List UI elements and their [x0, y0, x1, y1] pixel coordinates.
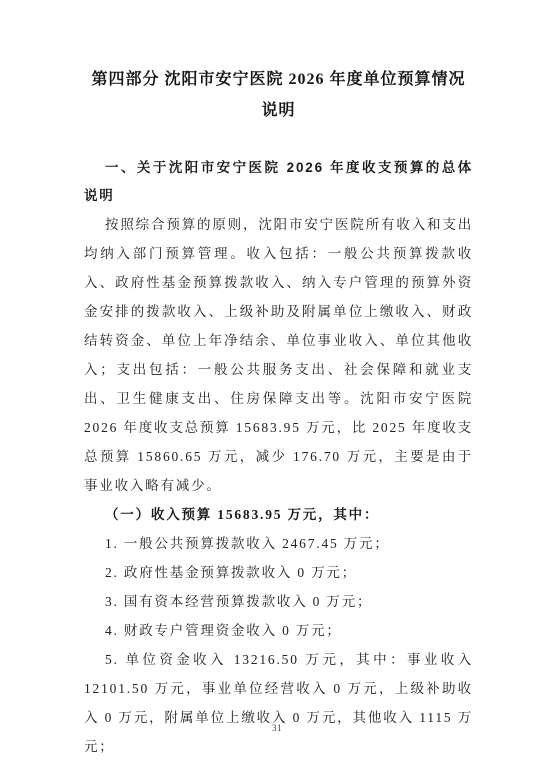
document-page: 第四部分 沈阳市安宁医院 2026 年度单位预算情况说明 一、关于沈阳市安宁医院…	[0, 0, 554, 783]
page-title: 第四部分 沈阳市安宁医院 2026 年度单位预算情况说明	[84, 64, 473, 126]
income-budget-subheading: （一）收入预算 15683.95 万元，其中：	[84, 500, 473, 529]
overview-paragraph: 按照综合预算的原则，沈阳市安宁医院所有收入和支出均纳入部门预算管理。收入包括：一…	[84, 210, 473, 500]
income-item-unit-funds: 5. 单位资金收入 13216.50 万元，其中：事业收入 12101.50 万…	[84, 645, 473, 761]
income-item-fiscal-special-account: 4. 财政专户管理资金收入 0 万元；	[84, 616, 473, 645]
income-item-general-public-budget: 1. 一般公共预算拨款收入 2467.45 万元；	[84, 529, 473, 558]
page-number: 31	[0, 723, 554, 733]
income-item-government-fund-budget: 2. 政府性基金预算拨款收入 0 万元；	[84, 558, 473, 587]
income-item-state-capital-budget: 3. 国有资本经营预算拨款收入 0 万元；	[84, 587, 473, 616]
page-content: 第四部分 沈阳市安宁医院 2026 年度单位预算情况说明 一、关于沈阳市安宁医院…	[84, 64, 473, 761]
section-heading: 一、关于沈阳市安宁医院 2026 年度收支预算的总体说明	[84, 154, 473, 210]
